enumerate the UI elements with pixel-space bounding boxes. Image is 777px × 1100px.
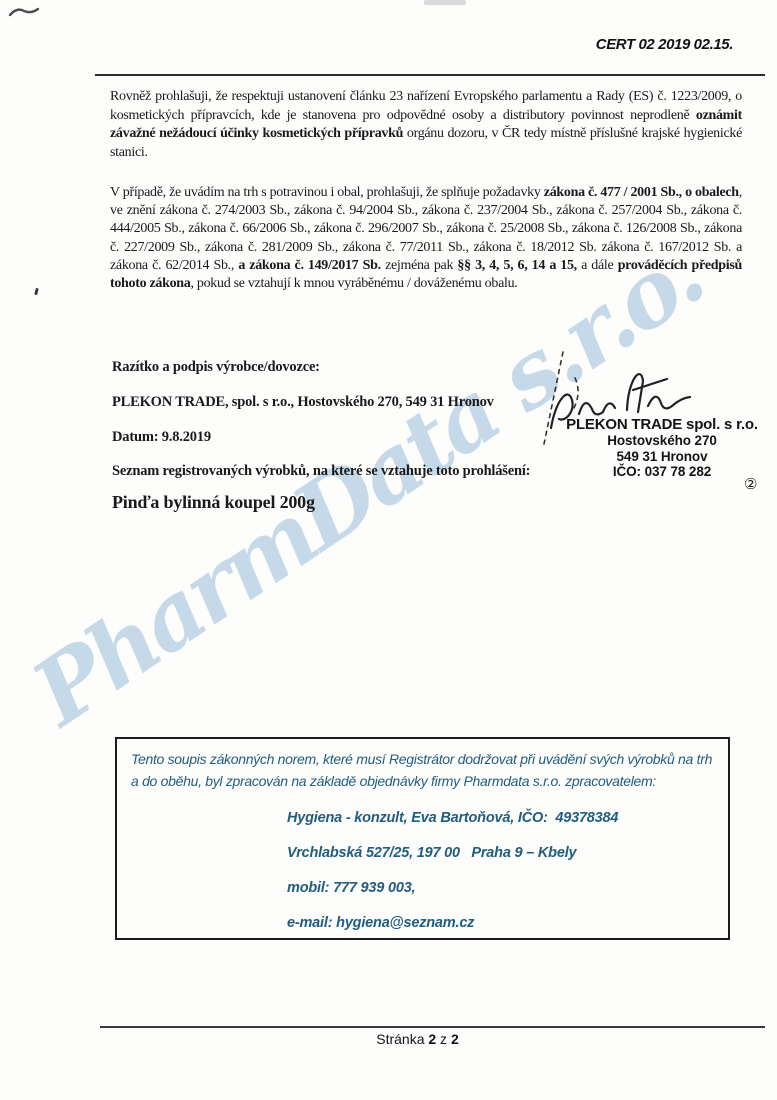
stamp-city: 549 31 Hronov [556, 449, 768, 465]
contact-address: Vrchlabská 527/25, 197 00 Praha 9 – Kbel… [287, 844, 728, 862]
date-line: Datum: 9.8.2019 [112, 429, 211, 446]
registrator-info-box: Tento soupis zákonných norem, které musí… [115, 737, 730, 940]
paragraph-bold-text: zákona č. 477 / 2001 Sb., o obalech [544, 185, 739, 200]
stamp-company-name: PLEKON TRADE spol. s r.o. [556, 416, 768, 433]
page-footer: Stránka 2 z 2 [60, 1031, 775, 1047]
paragraph-bold-text: §§ 3, 4, 5, 6, 14 a 15, [457, 258, 576, 273]
circled-two-mark: ② [744, 475, 757, 493]
paragraph-text: a dále [577, 258, 618, 273]
info-box-intro: Tento soupis zákonných norem, které musí… [131, 748, 714, 792]
contact-name-and-id: Hygiena - konzult, Eva Bartoňová, IČO: 4… [287, 809, 728, 827]
scan-mark-icon [8, 4, 42, 20]
contact-mobile: mobil: 777 939 003, [287, 879, 728, 897]
company-stamp: PLEKON TRADE spol. s r.o. Hostovského 27… [556, 416, 768, 480]
footer-separator: z [436, 1031, 451, 1047]
processor-contact-block: Hygiena - konzult, Eva Bartoňová, IČO: 4… [287, 809, 728, 932]
product-name: Pinďa bylinná koupel 200g [112, 492, 315, 513]
document-code: CERT 02 2019 02.15. [596, 36, 733, 53]
stamp-street: Hostovského 270 [556, 433, 768, 449]
scanned-document-page: PharmData s.r.o. CERT 02 2019 02.15. Rov… [0, 0, 777, 1100]
stamp-and-signature-label: Razítko a podpis výrobce/dovozce: [112, 359, 320, 376]
paragraph-cosmetics-regulation: Rovněž prohlašuji, že respektuji ustanov… [110, 88, 742, 162]
manufacturer-line: PLEKON TRADE, spol. s r.o., Hostovského … [112, 394, 494, 411]
header-divider [95, 74, 765, 76]
paragraph-text: , pokud se vztahují k mnou vyráběnému / … [191, 276, 518, 291]
stamp-company-id: IČO: 037 78 282 [556, 464, 768, 480]
contact-email: e-mail: hygiena@seznam.cz [287, 914, 728, 932]
scan-smudge-top [424, 0, 466, 5]
footer-page-number: 2 [428, 1031, 436, 1047]
paragraph-bold-text: a zákona č. 149/2017 Sb. [238, 258, 380, 273]
scan-speck-left-margin [34, 288, 39, 296]
footer-label: Stránka [376, 1031, 428, 1047]
document-content: CERT 02 2019 02.15. Rovněž prohlašuji, ž… [0, 0, 777, 1100]
footer-divider [100, 1026, 765, 1028]
footer-total-pages: 2 [451, 1031, 459, 1047]
paragraph-text: zejména pak [381, 258, 458, 273]
registered-products-label: Seznam registrovaných výrobků, na které … [112, 463, 530, 480]
paragraph-packaging-law: V případě, že uvádím na trh s potravinou… [110, 184, 742, 293]
paragraph-text: V případě, že uvádím na trh s potravinou… [110, 185, 544, 200]
paragraph-text: Rovněž prohlašuji, že respektuji ustanov… [110, 89, 742, 123]
